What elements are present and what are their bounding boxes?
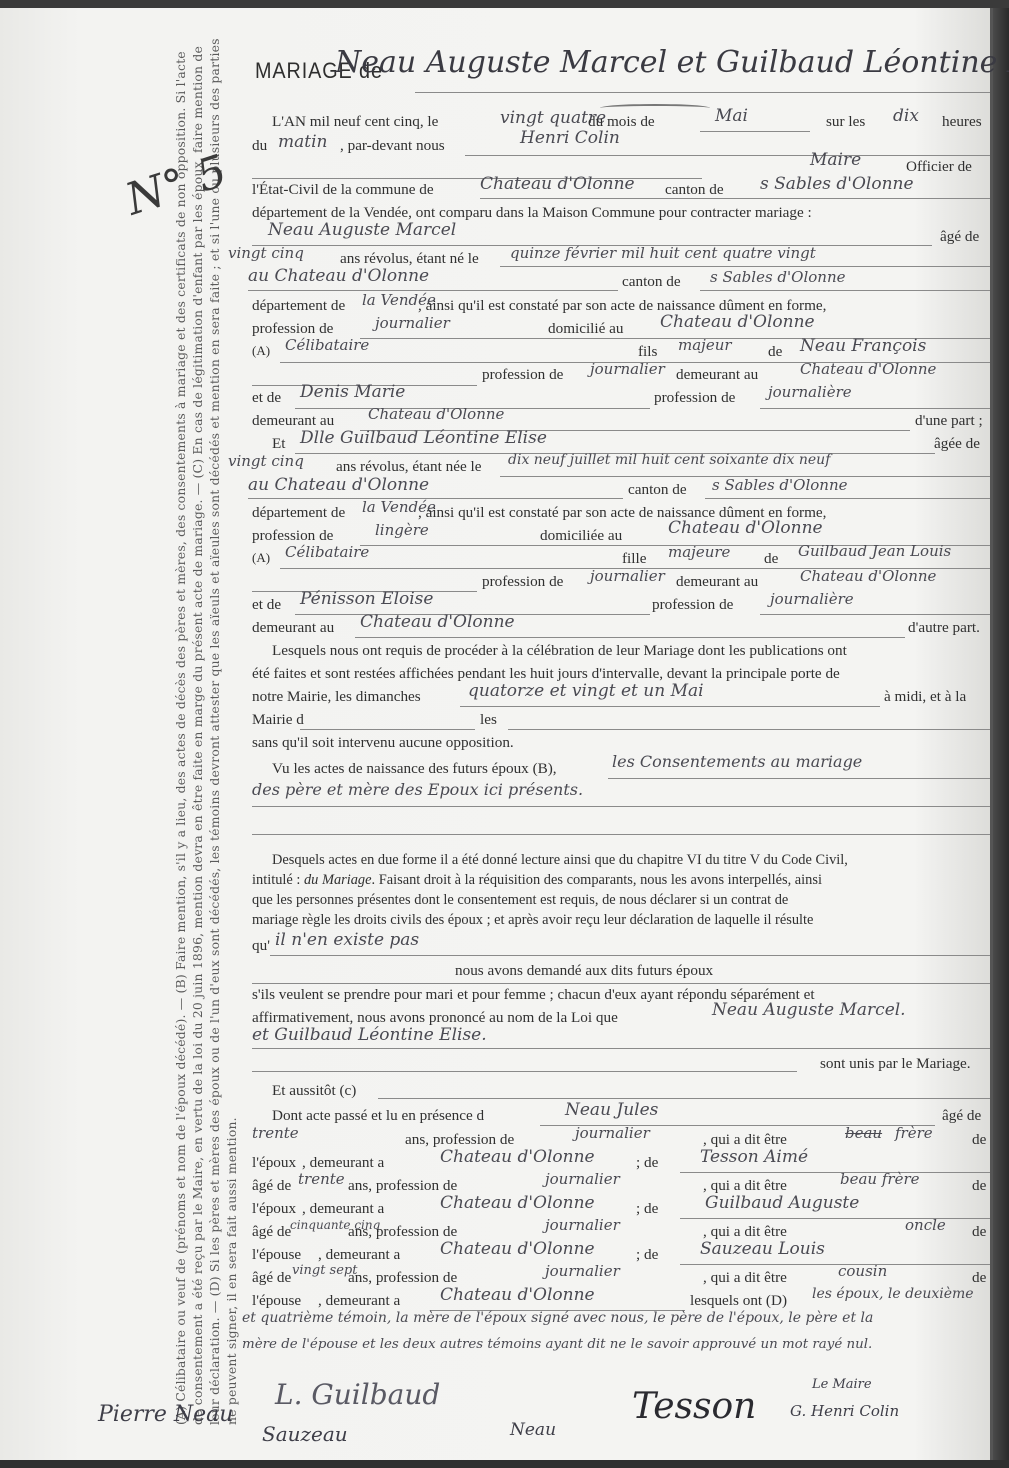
contract-statement: il n'en existe pas	[275, 930, 419, 950]
bride-birth-date: dix neuf juillet mil huit cent soixante …	[508, 452, 830, 468]
witness-1-name: Neau Jules	[565, 1100, 658, 1120]
lecture-line: nous avons demandé aux dits futurs époux	[455, 962, 713, 980]
de-label: de	[972, 1223, 986, 1241]
part-label: d'autre part.	[908, 619, 980, 637]
groom-father-profession: journalier	[590, 360, 665, 378]
bride-father-residence: Chateau d'Olonne	[800, 567, 936, 585]
relation-label: , qui a dit être	[703, 1269, 787, 1287]
of-label: l'époux	[252, 1154, 296, 1172]
signature-mayor: G. Henri Colin	[790, 1402, 899, 1420]
bride-father-profession: journalier	[590, 567, 665, 585]
groom-domicile: Chateau d'Olonne	[660, 312, 815, 332]
footnote-line: de consentement a été reçu par le Maire,…	[189, 30, 206, 1425]
groom-profession: journalier	[375, 314, 450, 332]
de-label: de	[972, 1177, 986, 1195]
marriage-period: matin	[278, 132, 327, 152]
age-label: âgé de	[940, 228, 979, 246]
witness-4-profession: journalier	[545, 1262, 620, 1280]
et-label: Et	[272, 435, 286, 453]
lecture-part: . Faisant droit à la réquisition des com…	[372, 872, 822, 888]
bride-father: Guilbaud Jean Louis	[798, 542, 951, 560]
etat-civil-label: l'État-Civil de la commune de	[252, 181, 434, 199]
witness-3-profession: journalier	[545, 1216, 620, 1234]
witness-2-name: Tesson Aimé	[700, 1147, 808, 1167]
closing-note-1: les époux, le deuxième	[812, 1286, 974, 1302]
du-label: du	[252, 137, 267, 155]
bride-domicile: Chateau d'Olonne	[668, 518, 823, 538]
witness-2-residence: Chateau d'Olonne	[440, 1193, 595, 1213]
lecture-line: Desquels actes en due forme il a été don…	[272, 852, 848, 869]
de-label: de	[764, 550, 778, 568]
closing-note-2: et quatrième témoin, la mère de l'époux …	[242, 1310, 873, 1326]
residence-label: , demeurant a	[318, 1246, 400, 1264]
publications-line: Mairie d	[252, 711, 304, 729]
residence-label: demeurant au	[252, 619, 334, 637]
de-label: de	[972, 1269, 986, 1287]
canton: s Sables d'Olonne	[760, 174, 914, 194]
groom-mother: Denis Marie	[300, 382, 405, 402]
groom-birth-place: au Chateau d'Olonne	[248, 266, 429, 286]
canton-label: canton de	[665, 181, 724, 199]
witness-2-relation: beau frère	[840, 1170, 920, 1188]
opening-prefix: L'AN mil neuf cent cinq, le	[272, 113, 438, 131]
witness-4-relation: cousin	[838, 1262, 887, 1280]
lecture-line: que les personnes présentes dont le cons…	[252, 892, 788, 909]
lecture-line: intitulé : du Mariage. Faisant droit à l…	[252, 872, 822, 889]
groom-mother-profession: journalière	[768, 383, 852, 401]
bride-birth-canton: s Sables d'Olonne	[712, 476, 847, 494]
fille-label: fille	[622, 550, 646, 568]
canton-label: canton de	[628, 481, 687, 499]
par-devant-label: , par-devant nous	[340, 137, 445, 155]
domicile-label: domicilié au	[548, 320, 624, 338]
signature-guilbaud: L. Guilbaud	[275, 1378, 440, 1411]
witness-3-relation: oncle	[905, 1216, 946, 1234]
de-label: de	[768, 343, 782, 361]
age-label: âgé de	[942, 1107, 981, 1125]
de-label: ; de	[636, 1246, 658, 1264]
lecture-italic: du Mariage	[304, 872, 372, 888]
bride-mother-profession: journalière	[770, 590, 854, 608]
groom-birth-date: quinze février mil huit cent quatre ving…	[510, 244, 816, 262]
publications-line: notre Mairie, les dimanches	[252, 688, 421, 706]
dept-label: département de	[252, 297, 345, 315]
publications-line: Lesquels nous ont requis de procéder à l…	[272, 642, 847, 660]
commune: Chateau d'Olonne	[480, 174, 635, 194]
age-label: âgée de	[934, 435, 980, 453]
signature-neau: Neau	[510, 1420, 556, 1440]
a-label: (A)	[252, 343, 270, 359]
witness-1-age: trente	[252, 1124, 299, 1142]
witness-3-residence: Chateau d'Olonne	[440, 1239, 595, 1259]
lecture-line: sont unis par le Mariage.	[820, 1055, 971, 1073]
canton-label: canton de	[622, 273, 681, 291]
de-label: ; de	[636, 1200, 658, 1218]
bride-age: vingt cinq	[228, 452, 304, 470]
et-de-label: et de	[252, 389, 281, 407]
residence-label: , demeurant a	[318, 1292, 400, 1310]
qu-label: qu'	[252, 937, 270, 955]
title-names: Neau Auguste Marcel et Guilbaud Léontine…	[335, 45, 1009, 80]
hour-label: sur les	[826, 113, 865, 131]
lecture-line: mariage règle les droits civils des épou…	[252, 912, 813, 929]
consents-note-2: des père et mère des Epoux ici présents.	[252, 780, 583, 799]
et-de-label: et de	[252, 596, 281, 614]
lecture-part: intitulé :	[252, 872, 304, 888]
profession-label: profession de	[654, 389, 735, 407]
heures-label: heures	[942, 113, 982, 131]
witness-1-relation: frère	[895, 1124, 933, 1142]
signature-pierre-neau: Pierre Neau	[98, 1402, 233, 1427]
groom-father-residence: Chateau d'Olonne	[800, 360, 936, 378]
age-label: âgé de	[252, 1223, 291, 1241]
of-label: l'épouse	[252, 1292, 301, 1310]
witness-2-profession: journalier	[545, 1170, 620, 1188]
bride-fille-status: majeure	[668, 543, 730, 561]
publications-line: les	[480, 711, 497, 729]
bride-status: Célibataire	[285, 543, 369, 561]
age-label: âgé de	[252, 1269, 291, 1287]
marriage-month: Mai	[715, 106, 748, 126]
signature-tesson: Tesson	[632, 1386, 756, 1427]
footnote-line: (A) Célibataire ou veuf de (prénoms et n…	[172, 30, 189, 1425]
domicile-label: domiciliée au	[540, 527, 622, 545]
publications-line: à midi, et à la	[884, 688, 966, 706]
signature-sauzeau: Sauzeau	[262, 1422, 348, 1446]
spouse-bride: et Guilbaud Léontine Elise.	[252, 1025, 487, 1045]
residence-label: demeurant au	[676, 573, 758, 591]
footnote-line: leur déclaration. — (D) Si les pères et …	[206, 30, 223, 1425]
profession-label: profession de	[482, 573, 563, 591]
title-flourish	[600, 104, 710, 112]
publications-line: sans qu'il soit intervenu aucune opposit…	[252, 734, 514, 752]
of-label: l'époux	[252, 1200, 296, 1218]
footnote-line: ne peuvent signer, il en sera fait aussi…	[223, 30, 240, 1425]
binding-edge	[993, 8, 1009, 1460]
witness-3-name: Guilbaud Auguste	[705, 1193, 859, 1213]
de-label: ; de	[636, 1154, 658, 1172]
bride-profession: lingère	[375, 521, 429, 539]
witness-1-residence: Chateau d'Olonne	[440, 1147, 595, 1167]
residence-label: demeurant au	[676, 366, 758, 384]
consents-note: les Consentements au mariage	[612, 752, 862, 771]
residence-label: , demeurant a	[302, 1200, 384, 1218]
officer-title: Maire	[810, 150, 861, 170]
bride-birth-place: au Chateau d'Olonne	[248, 475, 429, 495]
groom-status: Célibataire	[285, 336, 369, 354]
bride-mother-residence: Chateau d'Olonne	[360, 612, 515, 632]
groom-fils-status: majeur	[678, 336, 732, 354]
mayor-label: Le Maire	[812, 1377, 872, 1392]
a-label: (A)	[252, 550, 270, 566]
born-label: ans révolus, étant née le	[336, 458, 482, 476]
officier-label: Officier de	[906, 158, 972, 176]
vu-actes-line: Vu les actes de naissance des futurs épo…	[272, 760, 557, 778]
lesquels-label: lesquels ont (D)	[690, 1292, 787, 1310]
groom-mother-residence: Chateau d'Olonne	[368, 405, 504, 423]
age-label: âgé de	[252, 1177, 291, 1195]
dept-label: département de	[252, 504, 345, 522]
marriage-hour: dix	[893, 106, 919, 126]
of-label: l'épouse	[252, 1246, 301, 1264]
publication-sundays: quatorze et vingt et un Mai	[468, 681, 704, 701]
witness-1-relation-struck: beau	[845, 1124, 882, 1142]
spouse-groom: Neau Auguste Marcel.	[712, 1000, 906, 1020]
aussitot-label: Et aussitôt (c)	[272, 1082, 356, 1100]
profession-label: profession de	[652, 596, 733, 614]
bride-mother: Pénisson Eloise	[300, 589, 433, 609]
witness-4-residence: Chateau d'Olonne	[440, 1285, 595, 1305]
officer-name: Henri Colin	[520, 128, 620, 148]
dont-acte-label: Dont acte passé et lu en présence d	[272, 1107, 484, 1125]
margin-footnotes: (A) Célibataire ou veuf de (prénoms et n…	[172, 30, 240, 1425]
witness-2-age: trente	[298, 1170, 345, 1188]
closing-note-3: mère de l'épouse et les deux autres témo…	[242, 1337, 872, 1352]
witness-4-name: Sauzeau Louis	[700, 1239, 825, 1259]
part-label: d'une part ;	[915, 412, 983, 430]
witness-1-profession: journalier	[575, 1124, 650, 1142]
profession-label: profession de	[482, 366, 563, 384]
bottom-edge	[0, 1460, 1009, 1468]
groom-name: Neau Auguste Marcel	[268, 220, 456, 240]
fils-label: fils	[638, 343, 657, 361]
groom-age: vingt cinq	[228, 244, 304, 262]
groom-birth-canton: s Sables d'Olonne	[710, 268, 845, 286]
de-label: de	[972, 1131, 986, 1149]
groom-father: Neau François	[800, 336, 926, 356]
bride-name: Dlle Guilbaud Léontine Elise	[300, 428, 547, 448]
